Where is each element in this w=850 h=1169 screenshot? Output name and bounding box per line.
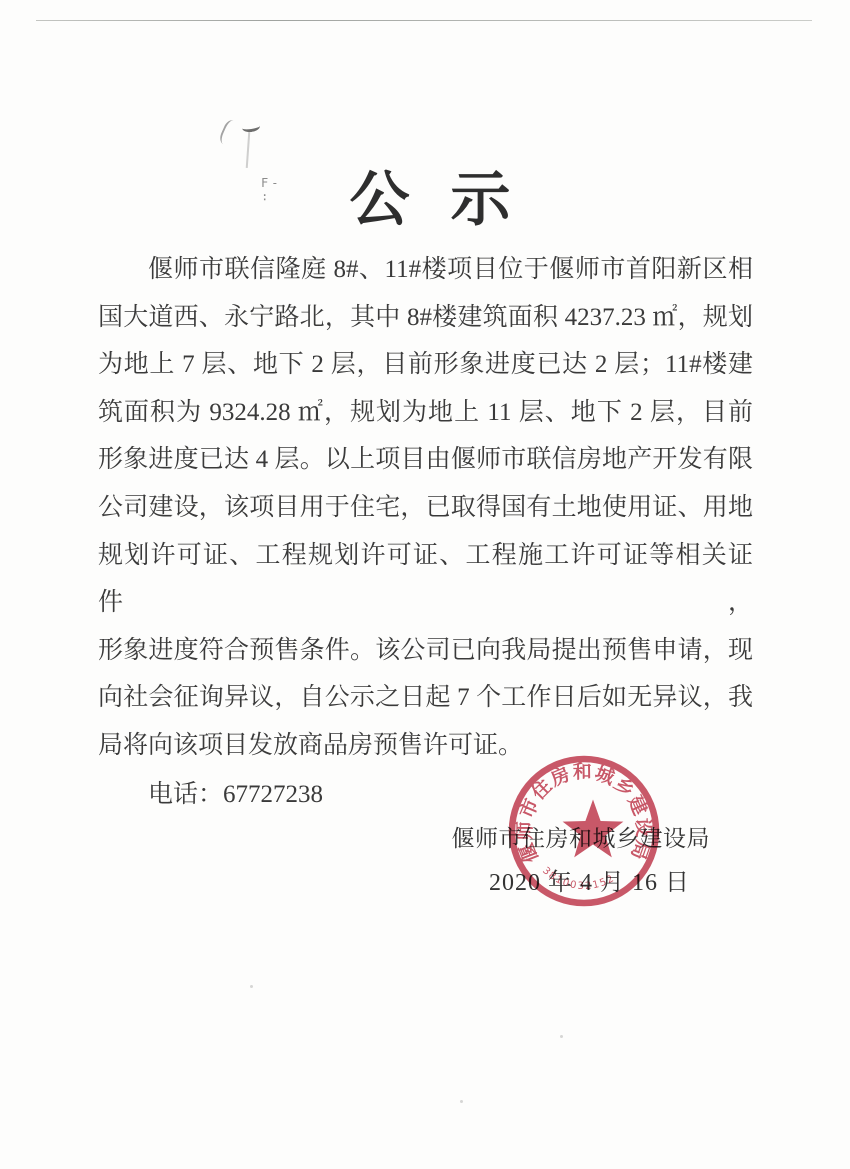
scan-artifact-line xyxy=(36,20,812,21)
body-line: 向社会征询异议，自公示之日起 7 个工作日后如无异议，我 xyxy=(98,674,753,722)
body-line: 公司建设，该项目用于住宅，已取得国有土地使用证、用地 xyxy=(98,484,753,532)
scan-smudge xyxy=(241,121,260,133)
notice-title: 公 示 xyxy=(0,158,850,242)
seal-star-icon xyxy=(563,800,624,858)
body-line: 形象进度符合预售条件。该公司已向我局提出预售申请，现 xyxy=(98,627,753,675)
body-line: 为地上 7 层、地下 2 层，目前形象进度已达 2 层；11#楼建 xyxy=(98,341,753,389)
body-line: 国大道西、永宁路北，其中 8#楼建筑面积 4237.23 ㎡，规划 xyxy=(98,294,753,342)
body-line: 筑面积为 9324.28 ㎡，规划为地上 11 层、地下 2 层，目前 xyxy=(98,389,753,437)
scan-smudge xyxy=(217,118,242,148)
body-line: 规划许可证、工程规划许可证、工程施工许可证等相关证件， xyxy=(98,532,753,627)
scan-speck xyxy=(560,1035,563,1038)
scan-speck xyxy=(460,1100,463,1103)
official-seal: 偃师市住房和城乡建设局 3810032152 xyxy=(499,746,669,916)
scanned-notice-page: 𝙵-∶ 公 示 偃师市联信隆庭 8#、11#楼项目位于偃师市首阳新区相 国大道西… xyxy=(0,0,850,1169)
seal-serial: 3810032152 xyxy=(540,865,617,892)
body-line: 偃师市联信隆庭 8#、11#楼项目位于偃师市首阳新区相 xyxy=(98,246,753,294)
body-line: 形象进度已达 4 层。以上项目由偃师市联信房地产开发有限 xyxy=(98,436,753,484)
notice-body: 偃师市联信隆庭 8#、11#楼项目位于偃师市首阳新区相 国大道西、永宁路北，其中… xyxy=(98,246,753,818)
scan-speck xyxy=(250,985,253,988)
